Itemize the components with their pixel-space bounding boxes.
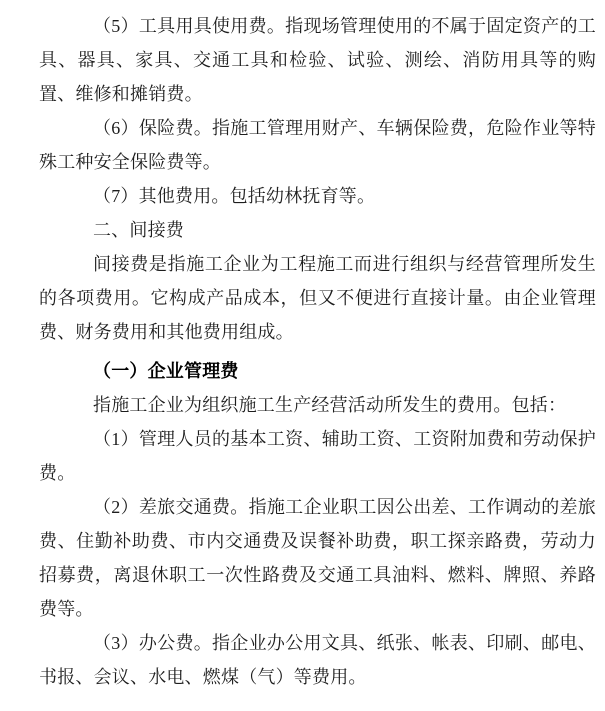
paragraph-item-3-office-fee: （3）办公费。指企业办公用文具、纸张、帐表、印刷、邮电、书报、会议、水电、燃煤（…: [39, 626, 596, 694]
paragraph-indirect-fee-definition: 间接费是指施工企业为工程施工而进行组织与经营管理所发生的各项费用。它构成产品成本…: [39, 247, 596, 349]
document-page: （5）工具用具使用费。指现场管理使用的不属于固定资产的工具、器具、家具、交通工具…: [0, 0, 605, 711]
document-text-block: （5）工具用具使用费。指现场管理使用的不属于固定资产的工具、器具、家具、交通工具…: [39, 9, 596, 694]
paragraph-enterprise-management-definition: 指施工企业为组织施工生产经营活动所发生的费用。包括：: [39, 388, 596, 422]
paragraph-section-2-indirect-fee: 二、间接费: [39, 213, 596, 247]
paragraph-item-1-management-salary: （1）管理人员的基本工资、辅助工资、工资附加费和劳动保护费。: [39, 422, 596, 490]
heading-enterprise-management-fee: （一）企业管理费: [39, 354, 596, 388]
paragraph-item-7-other-fee: （7）其他费用。包括幼林抚育等。: [39, 179, 596, 213]
paragraph-item-5-tool-use-fee: （5）工具用具使用费。指现场管理使用的不属于固定资产的工具、器具、家具、交通工具…: [39, 9, 596, 111]
paragraph-item-6-insurance-fee: （6）保险费。指施工管理用财产、车辆保险费，危险作业等特殊工种安全保险费等。: [39, 111, 596, 179]
paragraph-item-2-travel-transport-fee: （2）差旅交通费。指施工企业职工因公出差、工作调动的差旅费、住勤补助费、市内交通…: [39, 490, 596, 626]
